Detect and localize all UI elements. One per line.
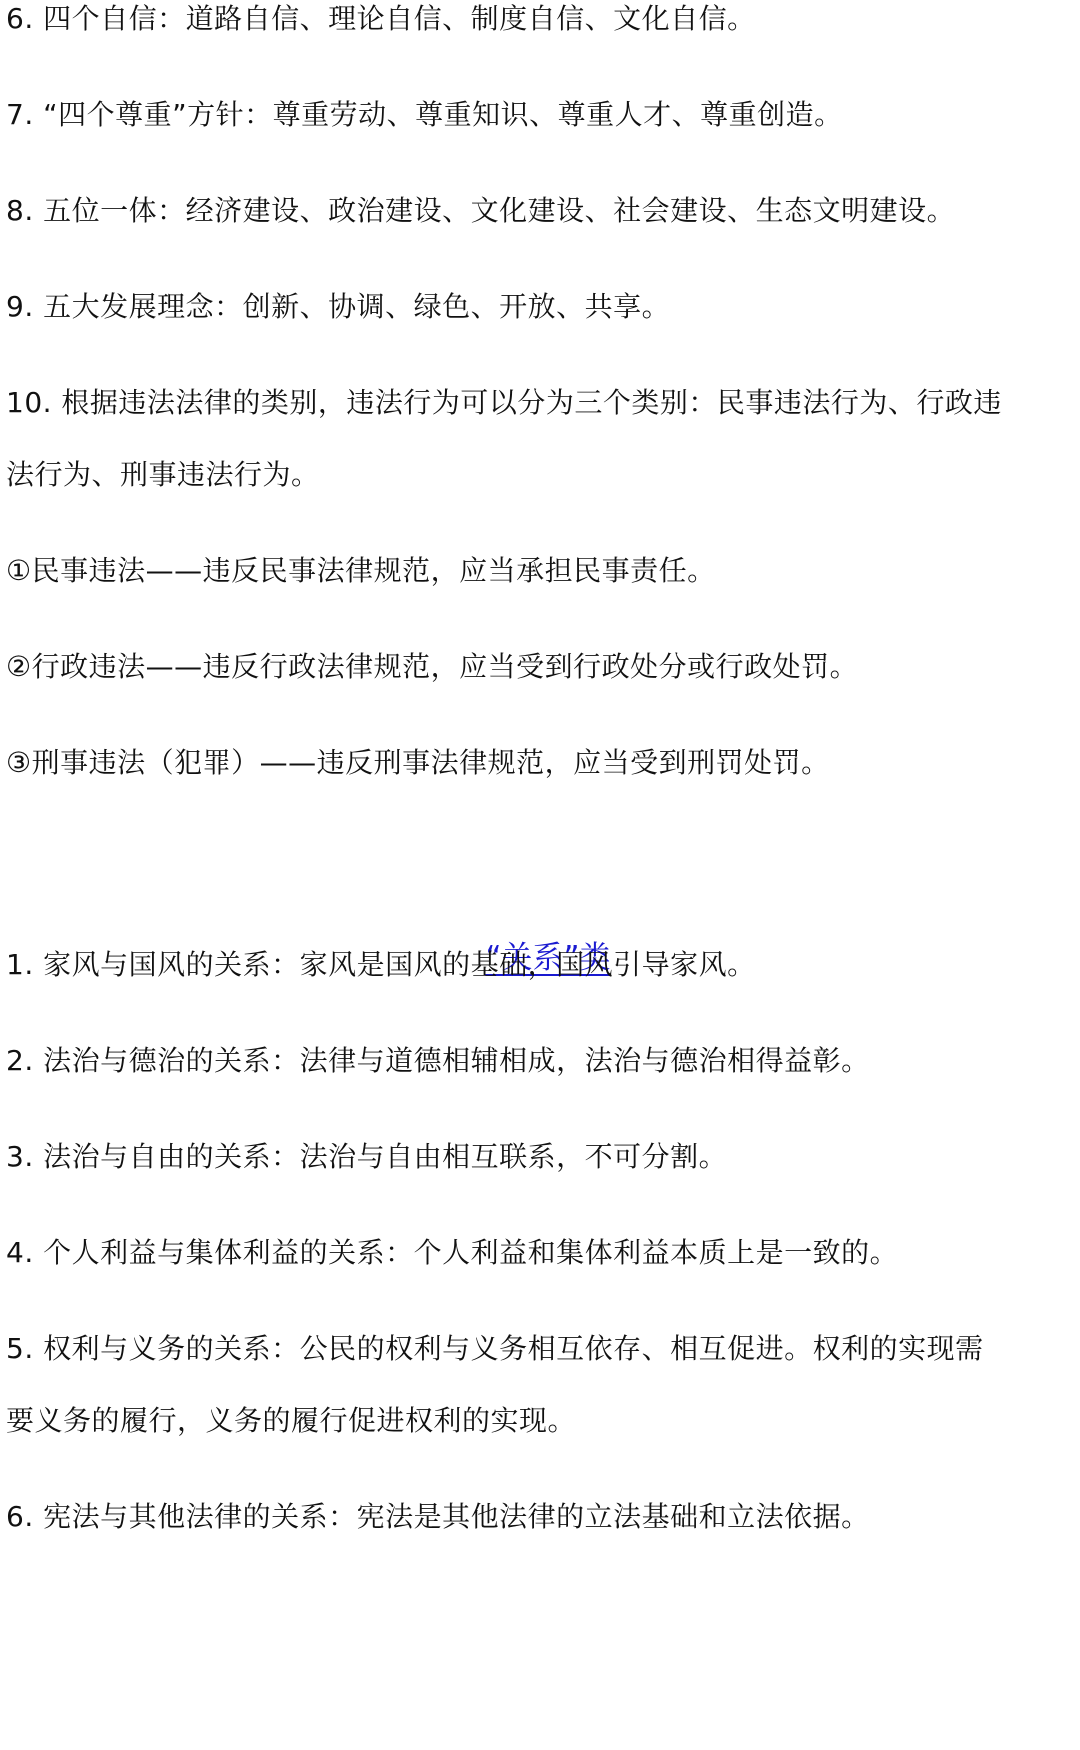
list-item-rights-duties: 5. 权利与义务的关系：公民的权利与义务相互依存、相互促进。权利的实现需 (6, 1332, 1080, 1366)
list-item-law-morality: 2. 法治与德治的关系：法律与道德相辅相成，法治与德治相得益彰。 (6, 1044, 1080, 1078)
list-item-illegal-acts-cont: 法行为、刑事违法行为。 (6, 458, 1080, 492)
sub-item-civil-violation: ①民事违法——违反民事法律规范，应当承担民事责任。 (6, 554, 1080, 588)
sub-item-criminal-violation: ③刑事违法（犯罪）——违反刑事法律规范，应当受到刑罚处罚。 (6, 746, 1080, 780)
list-item-individual-collective: 4. 个人利益与集体利益的关系：个人利益和集体利益本质上是一致的。 (6, 1236, 1080, 1270)
list-item-five-development-concepts: 9. 五大发展理念：创新、协调、绿色、开放、共享。 (6, 290, 1080, 324)
list-item-illegal-acts: 10. 根据违法法律的类别，违法行为可以分为三个类别：民事违法行为、行政违 (6, 386, 1080, 420)
sub-item-administrative-violation: ②行政违法——违反行政法律规范，应当受到行政处分或行政处罚。 (6, 650, 1080, 684)
list-item-constitution-laws: 6. 宪法与其他法律的关系：宪法是其他法律的立法基础和立法依据。 (6, 1500, 1080, 1534)
list-item-four-respects: 7. “四个尊重”方针：尊重劳动、尊重知识、尊重人才、尊重创造。 (6, 98, 1080, 132)
list-item-family-national-style: 1. 家风与国风的关系：家风是国风的基础，国风引导家风。 (6, 948, 1080, 982)
list-item-four-confidences: 6. 四个自信：道路自信、理论自信、制度自信、文化自信。 (6, 2, 1080, 36)
list-item-rights-duties-cont: 要义务的履行，义务的履行促进权利的实现。 (6, 1404, 1080, 1438)
list-item-five-in-one: 8. 五位一体：经济建设、政治建设、文化建设、社会建设、生态文明建设。 (6, 194, 1080, 228)
list-item-law-freedom: 3. 法治与自由的关系：法治与自由相互联系，不可分割。 (6, 1140, 1080, 1174)
